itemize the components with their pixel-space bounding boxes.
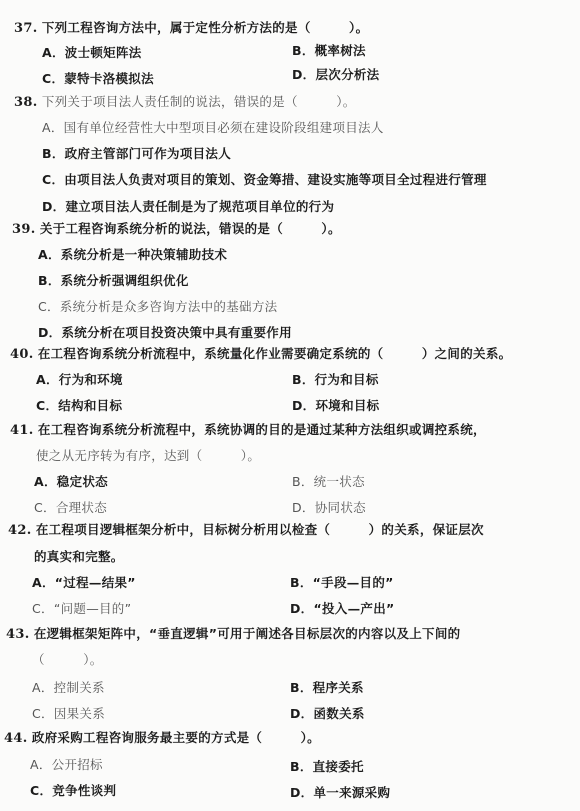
question-40: 40. 在工程咨询系统分析流程中，系统量化作业需要确定系统的（ ）之间的关系。: [10, 346, 511, 363]
option-d: D．建立项目法人责任制是为了规范项目单位的行为: [42, 199, 334, 215]
option-c: C．由项目法人负责对项目的策划、资金筹措、建设实施等项目全过程进行管理: [42, 172, 487, 188]
option-d: D．系统分析在项目投资决策中具有重要作用: [38, 325, 292, 341]
option-a: A．系统分析是一种决策辅助技术: [38, 247, 227, 263]
question-number: 43.: [6, 627, 30, 642]
question-stem: 在逻辑框架矩阵中，“垂直逻辑”可用于阐述各目标层次的内容以及上下间的: [34, 626, 461, 641]
question-stem: 关于工程咨询系统分析的说法，错误的是（ ）。: [40, 221, 341, 236]
question-stem-continued: （ ）。: [32, 652, 103, 668]
option-d: D．函数关系: [290, 706, 365, 722]
option-c: C．结构和目标: [36, 398, 122, 414]
option-c: C．蒙特卡洛模拟法: [42, 71, 154, 87]
question-number: 40.: [10, 347, 34, 362]
question-39: 39. 关于工程咨询系统分析的说法，错误的是（ ）。: [12, 221, 341, 238]
option-b: B．系统分析强调组织优化: [38, 273, 189, 289]
option-c: C．系统分析是众多咨询方法中的基础方法: [38, 299, 277, 315]
question-42: 42. 在工程项目逻辑框架分析中，目标树分析用以检查（ ）的关系，保证层次: [8, 522, 484, 539]
question-stem: 下列关于项目法人责任制的说法，错误的是（ ）。: [42, 94, 356, 109]
question-number: 38.: [14, 95, 38, 110]
question-41: 41. 在工程咨询系统分析流程中，系统协调的目的是通过某种方法组织或调控系统，: [10, 422, 486, 439]
question-stem: 在工程咨询系统分析流程中，系统量化作业需要确定系统的（ ）之间的关系。: [38, 346, 512, 361]
option-b: B．统一状态: [292, 474, 365, 490]
question-stem: 政府采购工程咨询服务最主要的方式是（ ）。: [32, 730, 320, 745]
option-d: D．“投入—产出”: [290, 601, 395, 617]
question-stem-continued: 使之从无序转为有序，达到（ ）。: [36, 448, 260, 464]
question-stem: 在工程项目逻辑框架分析中，目标树分析用以检查（ ）的关系，保证层次: [36, 522, 484, 537]
option-d: D．单一来源采购: [290, 785, 390, 801]
option-b: B．政府主管部门可作为项目法人: [42, 146, 231, 162]
question-stem: 下列工程咨询方法中，属于定性分析方法的是（ ）。: [42, 20, 369, 35]
option-c: C．因果关系: [32, 706, 105, 722]
question-stem-continued: 的真实和完整。: [34, 549, 124, 565]
option-c: C．合理状态: [34, 500, 107, 516]
question-number: 44.: [4, 731, 28, 746]
option-a: A．控制关系: [32, 680, 105, 696]
option-b: B．程序关系: [290, 680, 364, 696]
option-b: B．直接委托: [290, 759, 364, 775]
option-d: D．层次分析法: [292, 67, 379, 83]
option-b: B．概率树法: [292, 43, 366, 59]
option-a: A．国有单位经营性大中型项目必须在建设阶段组建项目法人: [42, 120, 384, 136]
question-43: 43. 在逻辑框架矩阵中，“垂直逻辑”可用于阐述各目标层次的内容以及上下间的: [6, 626, 460, 643]
option-b: B．行为和目标: [292, 372, 379, 388]
option-a: A．行为和环境: [36, 372, 123, 388]
option-c: C．“问题—目的”: [32, 601, 131, 617]
question-number: 42.: [8, 523, 32, 538]
option-c: C．竞争性谈判: [30, 783, 116, 799]
exam-page: 37. 下列工程咨询方法中，属于定性分析方法的是（ ）。 A．波士顿矩阵法 B．…: [0, 0, 580, 811]
question-number: 39.: [12, 222, 36, 237]
option-d: D．环境和目标: [292, 398, 379, 414]
question-number: 41.: [10, 423, 34, 438]
question-stem: 在工程咨询系统分析流程中，系统协调的目的是通过某种方法组织或调控系统，: [38, 422, 486, 437]
question-44: 44. 政府采购工程咨询服务最主要的方式是（ ）。: [4, 730, 320, 747]
question-number: 37.: [14, 21, 38, 36]
option-b: B．“手段—目的”: [290, 575, 394, 591]
question-38: 38. 下列关于项目法人责任制的说法，错误的是（ ）。: [14, 94, 356, 111]
option-d: D．协同状态: [292, 500, 366, 516]
option-a: A．波士顿矩阵法: [42, 45, 142, 61]
option-a: A．“过程—结果”: [32, 575, 136, 591]
option-a: A．公开招标: [30, 757, 103, 773]
question-37: 37. 下列工程咨询方法中，属于定性分析方法的是（ ）。: [14, 20, 368, 37]
option-a: A．稳定状态: [34, 474, 108, 490]
